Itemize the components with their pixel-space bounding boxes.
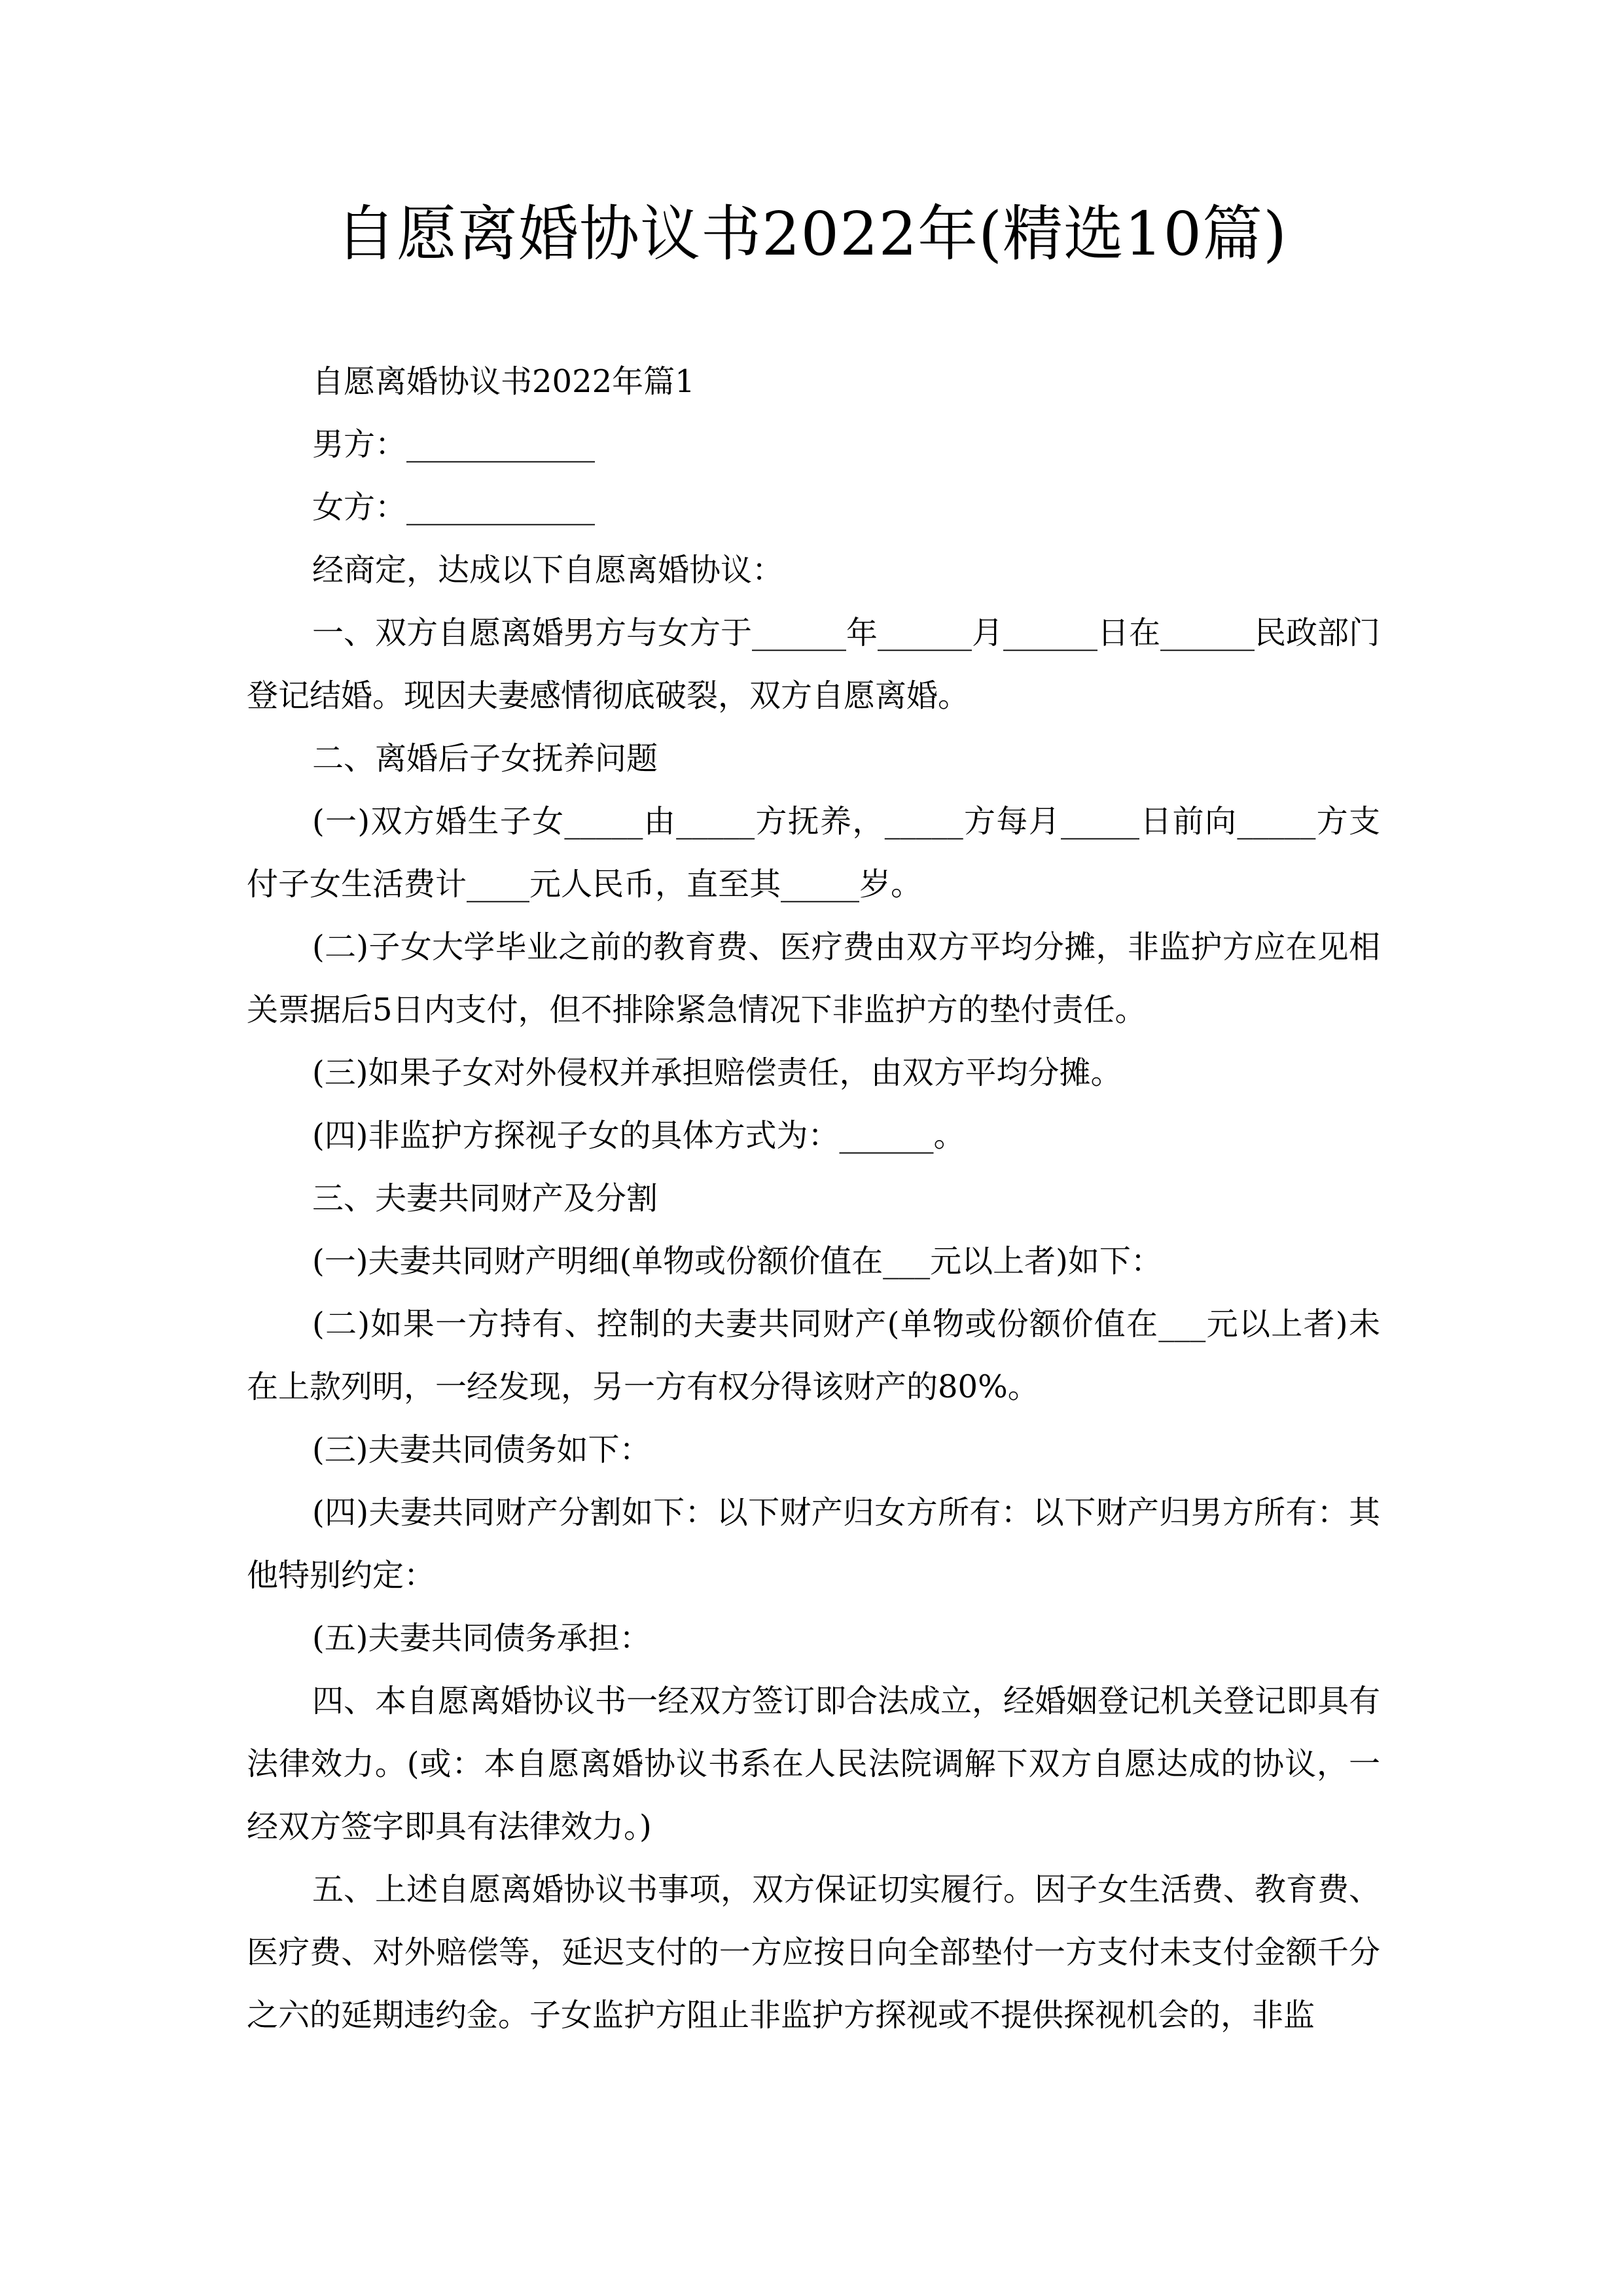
clause-2-heading-child-custody: 二、离婚后子女抚养问题 (247, 727, 1380, 790)
clause-1-voluntary-divorce: 一、双方自愿离婚男方与女方于______年______月______日在____… (247, 601, 1380, 727)
clause-3-2-hidden-property: (二)如果一方持有、控制的夫妻共同财产(单物或份额价值在___元以上者)未在上款… (247, 1293, 1380, 1418)
clause-2-4-visitation: (四)非监护方探视子女的具体方式为：______。 (247, 1104, 1380, 1167)
clause-5-performance: 五、上述自愿离婚协议书事项，双方保证切实履行。因子女生活费、教育费、医疗费、对外… (247, 1858, 1380, 2047)
clause-3-4-property-division: (四)夫妻共同财产分割如下：以下财产归女方所有：以下财产归男方所有：其他特别约定… (247, 1481, 1380, 1607)
clause-3-heading-property: 三、夫妻共同财产及分割 (247, 1167, 1380, 1230)
female-party-line: 女方：____________ (247, 476, 1380, 539)
section-heading-part-1: 自愿离婚协议书2022年篇1 (247, 350, 1380, 413)
clause-2-1-custody-support: (一)双方婚生子女_____由_____方抚养，_____方每月_____日前向… (247, 790, 1380, 916)
document-title: 自愿离婚协议书2022年(精选10篇) (0, 195, 1623, 274)
agreement-intro: 经商定，达成以下自愿离婚协议： (247, 539, 1380, 601)
clause-3-1-property-list: (一)夫妻共同财产明细(单物或份额价值在___元以上者)如下： (247, 1230, 1380, 1293)
clause-3-5-debt-bearing: (五)夫妻共同债务承担： (247, 1607, 1380, 1670)
male-party-line: 男方：____________ (247, 413, 1380, 476)
document-body: 自愿离婚协议书2022年篇1 男方：____________ 女方：______… (247, 350, 1380, 2047)
clause-3-3-joint-debts: (三)夫妻共同债务如下： (247, 1418, 1380, 1481)
clause-4-legal-effect: 四、本自愿离婚协议书一经双方签订即合法成立，经婚姻登记机关登记即具有法律效力。(… (247, 1670, 1380, 1858)
document-page: 自愿离婚协议书2022年(精选10篇) 自愿离婚协议书2022年篇1 男方：__… (0, 0, 1623, 2296)
clause-2-2-education-medical: (二)子女大学毕业之前的教育费、医疗费由双方平均分摊，非监护方应在见相关票据后5… (247, 916, 1380, 1041)
clause-2-3-tort-liability: (三)如果子女对外侵权并承担赔偿责任，由双方平均分摊。 (247, 1041, 1380, 1104)
